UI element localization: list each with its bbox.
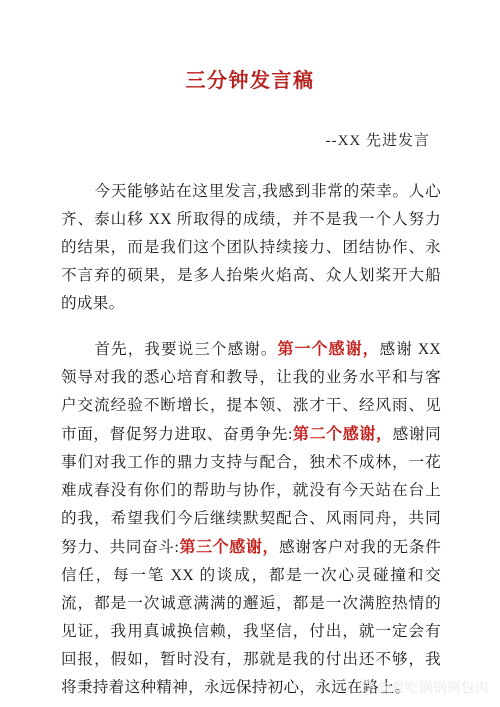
- paragraph: 今天能够站在这里发言,我感到非常的荣幸。人心齐、泰山移 XX 所取得的成绩，并不…: [61, 178, 441, 318]
- paragraph: 首先，我要说三个感谢。第一个感谢，感谢 XX 领导对我的悉心培育和教导，让我的业…: [61, 335, 441, 702]
- document-body: 今天能够站在这里发言,我感到非常的荣幸。人心齐、泰山移 XX 所取得的成绩，并不…: [61, 178, 441, 702]
- emphasis-red-text: 第三个感谢，: [179, 537, 279, 556]
- body-text: 今天能够站在这里发言,我感到非常的荣幸。人心齐、泰山移 XX 所取得的成绩，并不…: [61, 183, 441, 312]
- emphasis-red-text: 第一个感谢，: [277, 339, 379, 358]
- body-text: 感谢客户对我的无条件信任，每一笔 XX 的谈成，都是一次心灵碰撞和交流，都是一次…: [61, 539, 441, 696]
- emphasis-red-text: 第二个感谢，: [293, 424, 393, 443]
- document-title: 三分钟发言稿: [0, 0, 500, 93]
- document-byline: --XX 先进发言: [0, 129, 500, 150]
- body-text: 首先，我要说三个感谢。: [95, 341, 278, 358]
- watermark: @爱吃锅锅锅包肉: [359, 676, 489, 696]
- document-page: 三分钟发言稿 --XX 先进发言 今天能够站在这里发言,我感到非常的荣幸。人心齐…: [0, 0, 500, 707]
- paw-icon: [359, 679, 374, 693]
- watermark-text: @爱吃锅锅锅包肉: [377, 676, 489, 696]
